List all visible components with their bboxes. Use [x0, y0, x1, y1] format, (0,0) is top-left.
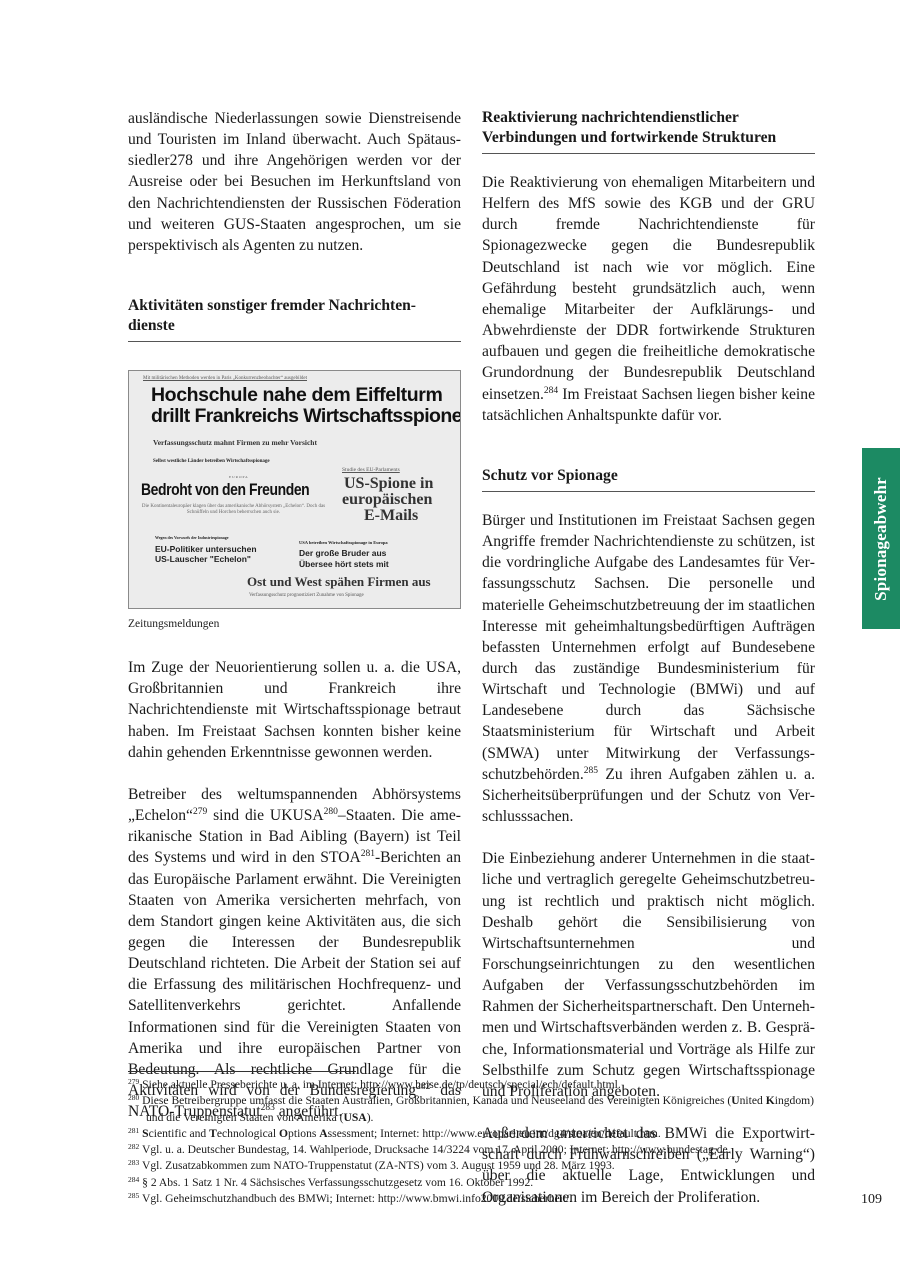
- clipping-kicker: Studie des EU-Parlaments: [342, 467, 400, 473]
- left-column: ausländische Niederlassungen sowie Diens…: [128, 108, 461, 1122]
- page-number: 109: [861, 1192, 882, 1208]
- clipping-headline: EU-Politiker untersuchen: [155, 545, 257, 554]
- clipping-headline: Übersee hört stets mit: [299, 560, 389, 569]
- clipping-headline: drillt Frankreichs Wirtschaftsspione: [151, 406, 461, 427]
- footnote-282: 282 Vgl. u. a. Deutscher Bundestag, 14. …: [128, 1142, 818, 1158]
- footnote-ref-280[interactable]: 280: [324, 807, 338, 817]
- chapter-side-tab: Spionageabwehr: [862, 448, 900, 629]
- footnote-281: 281 Scientific and Technological Options…: [128, 1126, 818, 1142]
- right-column: Reaktivierung nachrichtendienstlicher Ve…: [482, 108, 815, 1208]
- newspaper-clippings-image: Mit militärischen Methoden werden in Par…: [128, 370, 461, 609]
- clipping-subheadline: Verfassungsschutz prognostiziert Zunahme…: [249, 593, 364, 598]
- footnotes: 279 Siehe aktuelle Presseberichte u. a. …: [128, 1077, 818, 1207]
- clipping-kicker: Mit militärischen Methoden werden in Par…: [143, 376, 307, 381]
- clipping-kicker: USA betreiben Wirtschaftsspionage in Eur…: [299, 540, 388, 545]
- footnote-ref-279[interactable]: 279: [193, 807, 207, 817]
- footnote-ref-281[interactable]: 281: [361, 849, 375, 859]
- clipping-headline: Bedroht von den Freunden: [141, 480, 309, 500]
- clipping-headline: US-Lauscher "Echelon": [155, 555, 251, 564]
- paragraph-spaetaussiedler: ausländische Niederlassungen sowie Diens…: [128, 108, 461, 256]
- section-heading-sonstige-dienste: Aktivitäten sonstiger fremder Nachrichte…: [128, 296, 461, 342]
- footnote-284: 284 § 2 Abs. 1 Satz 1 Nr. 4 Sächsisches …: [128, 1175, 818, 1191]
- clipping-headline: Hochschule nahe dem Eiffelturm: [151, 385, 442, 406]
- footnote-279: 279 Siehe aktuelle Presseberichte u. a. …: [128, 1077, 818, 1093]
- paragraph-schutz: Bürger und Institutionen im Freistaat Sa…: [482, 510, 815, 827]
- clipping-rubric: EUROPA: [229, 475, 249, 479]
- clipping-subheadline: Verfassungsschutz mahnt Firmen zu mehr V…: [153, 438, 317, 447]
- clipping-headline: US-Spione in: [344, 476, 433, 492]
- clipping-kicker: Wegen des Vorwurfs der Industriespionage: [155, 535, 229, 540]
- footnote-285: 285 Vgl. Geheimschutzhandbuch des BMWi; …: [128, 1191, 818, 1207]
- footnote-ref-284[interactable]: 284: [544, 386, 558, 396]
- clipping-headline: E-Mails: [364, 508, 418, 524]
- paragraph-neuorientierung: Im Zuge der Neuorientierung sollen u. a.…: [128, 657, 461, 763]
- clipping-dek: Die Kontinentaleuropäer klagen über das …: [141, 504, 326, 516]
- footnote-divider: [128, 1071, 356, 1072]
- chapter-side-tab-label: Spionageabwehr: [871, 477, 891, 601]
- paragraph-reaktivierung: Die Reaktivierung von ehemaligen Mitarbe…: [482, 172, 815, 426]
- figure-caption: Zeitungsmeldungen: [128, 618, 461, 630]
- clipping-headline: Ost und West spähen Firmen aus: [247, 574, 431, 590]
- footnote-280: 280 Diese Betreibergruppe umfasst die St…: [128, 1093, 818, 1126]
- section-heading-schutz-vor-spionage: Schutz vor Spionage: [482, 466, 815, 492]
- section-heading-reaktivierung: Reaktivierung nachrichtendienstlicher Ve…: [482, 108, 815, 154]
- footnote-ref-285[interactable]: 285: [584, 766, 598, 776]
- clipping-kicker: Selbst westliche Länder betreiben Wirtsc…: [153, 459, 270, 464]
- footnote-283: 283 Vgl. Zusatzabkommen zum NATO-Truppen…: [128, 1158, 818, 1174]
- clipping-headline: europäischen: [342, 492, 432, 508]
- clipping-headline: Der große Bruder aus: [299, 549, 386, 558]
- paragraph-einbeziehung: Die Einbeziehung anderer Unternehmen in …: [482, 848, 815, 1102]
